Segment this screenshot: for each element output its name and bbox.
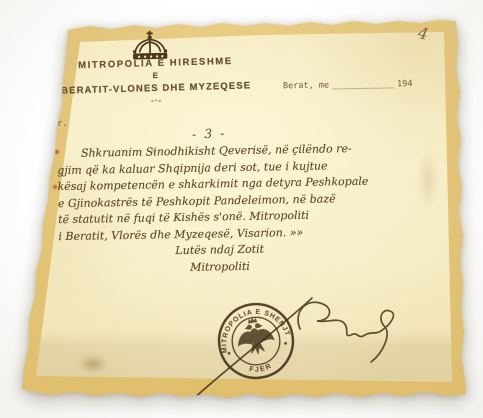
reference-number-label: Nr. xyxy=(52,119,68,129)
aged-paper: MITROPOLIA E HIRESHME E BERATIT-VLONES D… xyxy=(0,0,483,418)
date-blank-rule xyxy=(332,79,394,89)
paper-shadow-wrap: MITROPOLIA E HIRESHME E BERATIT-VLONES D… xyxy=(0,0,483,418)
document-photo: MITROPOLIA E HIRESHME E BERATIT-VLONES D… xyxy=(0,0,483,418)
metropolitan-seal-stamp-icon: MITROPOLIA E SHENJTE FJER xyxy=(209,294,304,389)
paper-speck xyxy=(44,58,52,68)
date-prefix: Berat, me xyxy=(283,81,329,92)
date-year-stub: 194 xyxy=(397,79,413,89)
page-number: - 3 - xyxy=(192,125,227,141)
manuscript-body: Shkruanim Sinodhikisht Qeverisë, në çilë… xyxy=(57,140,421,278)
paper-speck xyxy=(53,185,57,189)
letterhead: MITROPOLIA E HIRESHME E BERATIT-VLONES D… xyxy=(39,55,272,108)
